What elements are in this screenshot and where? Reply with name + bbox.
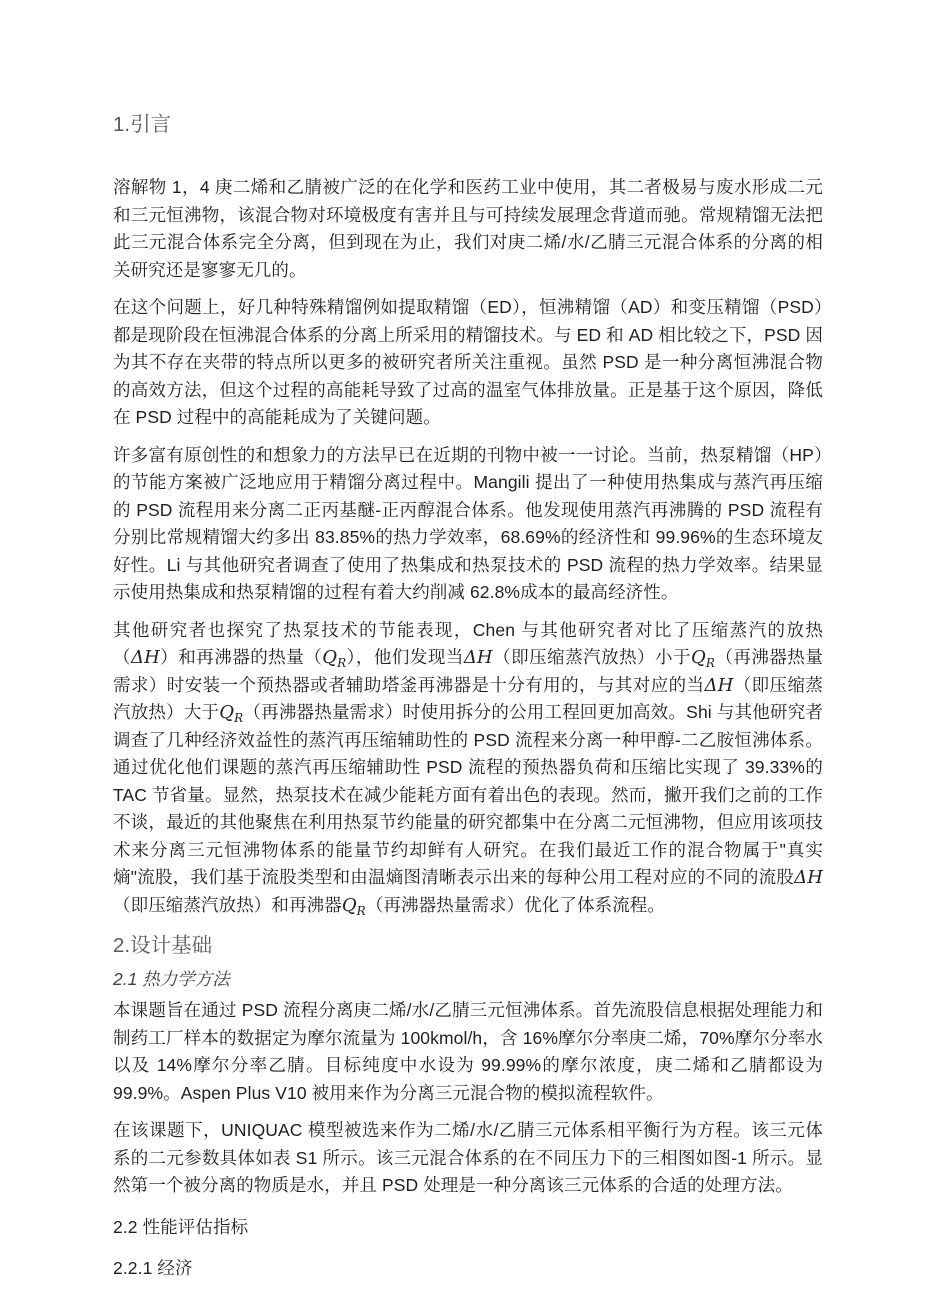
paragraph-distillation-methods: 在这个问题上，好几种特殊精馏例如提取精馏（ED），恒沸精馏（AD）和变压精馏（P… <box>113 294 823 432</box>
paragraph-feed-specification: 本课题旨在通过 PSD 流程分离庚二烯/水/乙腈三元恒沸体系。首先流股信息根据处… <box>113 997 823 1107</box>
section-heading-introduction: 1.引言 <box>113 112 823 138</box>
inline-math-symbol: QR <box>691 647 715 668</box>
subsection-heading-economy: 2.2.1 经济 <box>113 1255 823 1283</box>
subsection-heading-thermodynamic-method: 2.1 热力学方法 <box>113 967 823 991</box>
inline-math-symbol: QR <box>342 895 366 916</box>
inline-math-symbol: ΔH <box>704 675 733 696</box>
inline-math-symbol: ΔH <box>794 867 823 888</box>
subsection-heading-performance-metrics: 2.2 性能评估指标 <box>113 1214 823 1242</box>
text-run: ）和再沸器的热量（ <box>160 647 322 667</box>
text-run: ），他们发现当 <box>346 647 464 667</box>
document-page: 1.引言 溶解物 1，4 庚二烯和乙腈被广泛的在化学和医药工业中使用，其二者极易… <box>0 0 926 1283</box>
paragraph-solvents-intro: 溶解物 1，4 庚二烯和乙腈被广泛的在化学和医药工业中使用，其二者极易与废水形成… <box>113 174 823 284</box>
text-run: （再沸器热量需求）优化了体系流程。 <box>366 895 665 915</box>
inline-math-symbol: QR <box>322 647 346 668</box>
inline-math-symbol: ΔH <box>131 647 160 668</box>
inline-math-symbol: QR <box>219 702 243 723</box>
text-run: （再沸器热量需求）时使用拆分的公用工程回更加高效。Shi 与其他研究者调查了几种… <box>113 702 823 887</box>
text-run: （即压缩蒸汽放热）小于 <box>493 647 691 667</box>
paragraph-heat-pump-research: 其他研究者也探究了热泵技术的节能表现，Chen 与其他研究者对比了压缩蒸汽的放热… <box>113 617 823 920</box>
paragraph-heat-pump-literature: 许多富有原创性的和想象力的方法早已在近期的刊物中被一一讨论。当前，热泵精馏（HP… <box>113 442 823 607</box>
inline-math-symbol: ΔH <box>464 647 493 668</box>
text-run: （即压缩蒸汽放热）和再沸器 <box>113 895 342 915</box>
section-heading-design-basis: 2.设计基础 <box>113 933 823 959</box>
paragraph-uniquac-model: 在该课题下，UNIQUAC 模型被选来作为二烯/水/乙腈三元体系相平衡行为方程。… <box>113 1117 823 1200</box>
